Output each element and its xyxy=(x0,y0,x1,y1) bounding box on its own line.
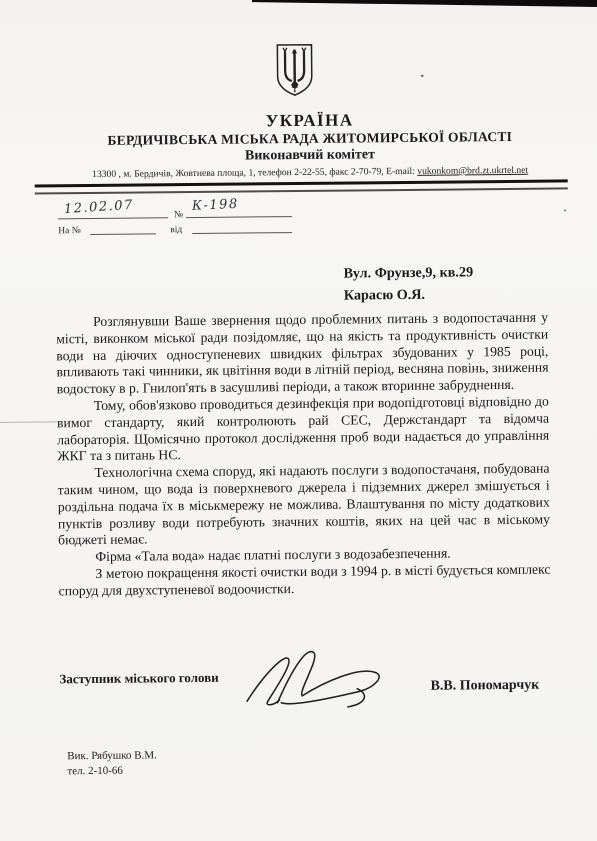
scanned-letter-page: УКРАЇНА БЕРДИЧІВСЬКА МІСЬКА РАДА ЖИТОМИР… xyxy=(0,0,597,841)
letter-content: УКРАЇНА БЕРДИЧІВСЬКА МІСЬКА РАДА ЖИТОМИР… xyxy=(0,0,597,841)
email-address: vukonkom@brd.zt.ukrtel.net xyxy=(417,165,528,177)
signatory-name: В.В. Пономарчук xyxy=(430,678,539,695)
contact-line: 13300 , м. Бердичів, Жовтнева площа, 1, … xyxy=(23,164,597,181)
reply-number-label: На № xyxy=(58,225,81,236)
recipient-block: Вул. Фрунзе,9, кв.29 Карасю О.Я. xyxy=(344,262,474,306)
executor-name: Вик. Рябушко В.М. xyxy=(67,748,157,764)
ukraine-trident-icon xyxy=(273,42,316,97)
reply-date-underline xyxy=(192,232,292,234)
executor-phone: тел. 2-10-66 xyxy=(67,763,157,779)
letterhead: УКРАЇНА БЕРДИЧІВСЬКА МІСЬКА РАДА ЖИТОМИР… xyxy=(21,0,596,3)
number-underline xyxy=(186,216,292,218)
signatory-position-title: Заступник міського голови xyxy=(59,670,218,688)
letter-body: Розглянувши Ваше звернення щодо проблемн… xyxy=(56,310,551,600)
scan-fold-line xyxy=(0,421,57,423)
letter-date-handwritten: 12.02.07 xyxy=(64,198,135,217)
contact-address: 13300 , м. Бердичів, Жовтнева площа, 1, … xyxy=(92,166,417,180)
scan-speck xyxy=(564,209,566,211)
scan-speck xyxy=(421,75,424,77)
recipient-address: Вул. Фрунзе,9, кв.29 xyxy=(344,262,474,285)
letter-number-handwritten: К-198 xyxy=(192,197,239,214)
executor-block: Вик. Рябушко В.М. тел. 2-10-66 xyxy=(67,748,157,779)
date-underline xyxy=(58,217,168,219)
recipient-name: Карасю О.Я. xyxy=(344,284,474,307)
separator-rule-top xyxy=(35,179,568,188)
body-paragraph: Технологічна схема споруд, які надають п… xyxy=(57,461,550,550)
signature-scribble xyxy=(235,640,388,709)
reply-from-label: від xyxy=(170,224,182,235)
reply-number-underline xyxy=(90,233,156,235)
body-paragraph: Тому, обов'язково проводиться дезинфекці… xyxy=(57,394,550,466)
separator-rule-bottom xyxy=(35,187,568,194)
number-sign-label: № xyxy=(174,209,183,220)
reference-block: 12.02.07 № К-198 На № від xyxy=(58,196,308,198)
body-paragraph: Розглянувши Ваше звернення щодо проблемн… xyxy=(56,310,549,399)
body-paragraph: З метою покращення якості очистки води з… xyxy=(58,562,550,600)
